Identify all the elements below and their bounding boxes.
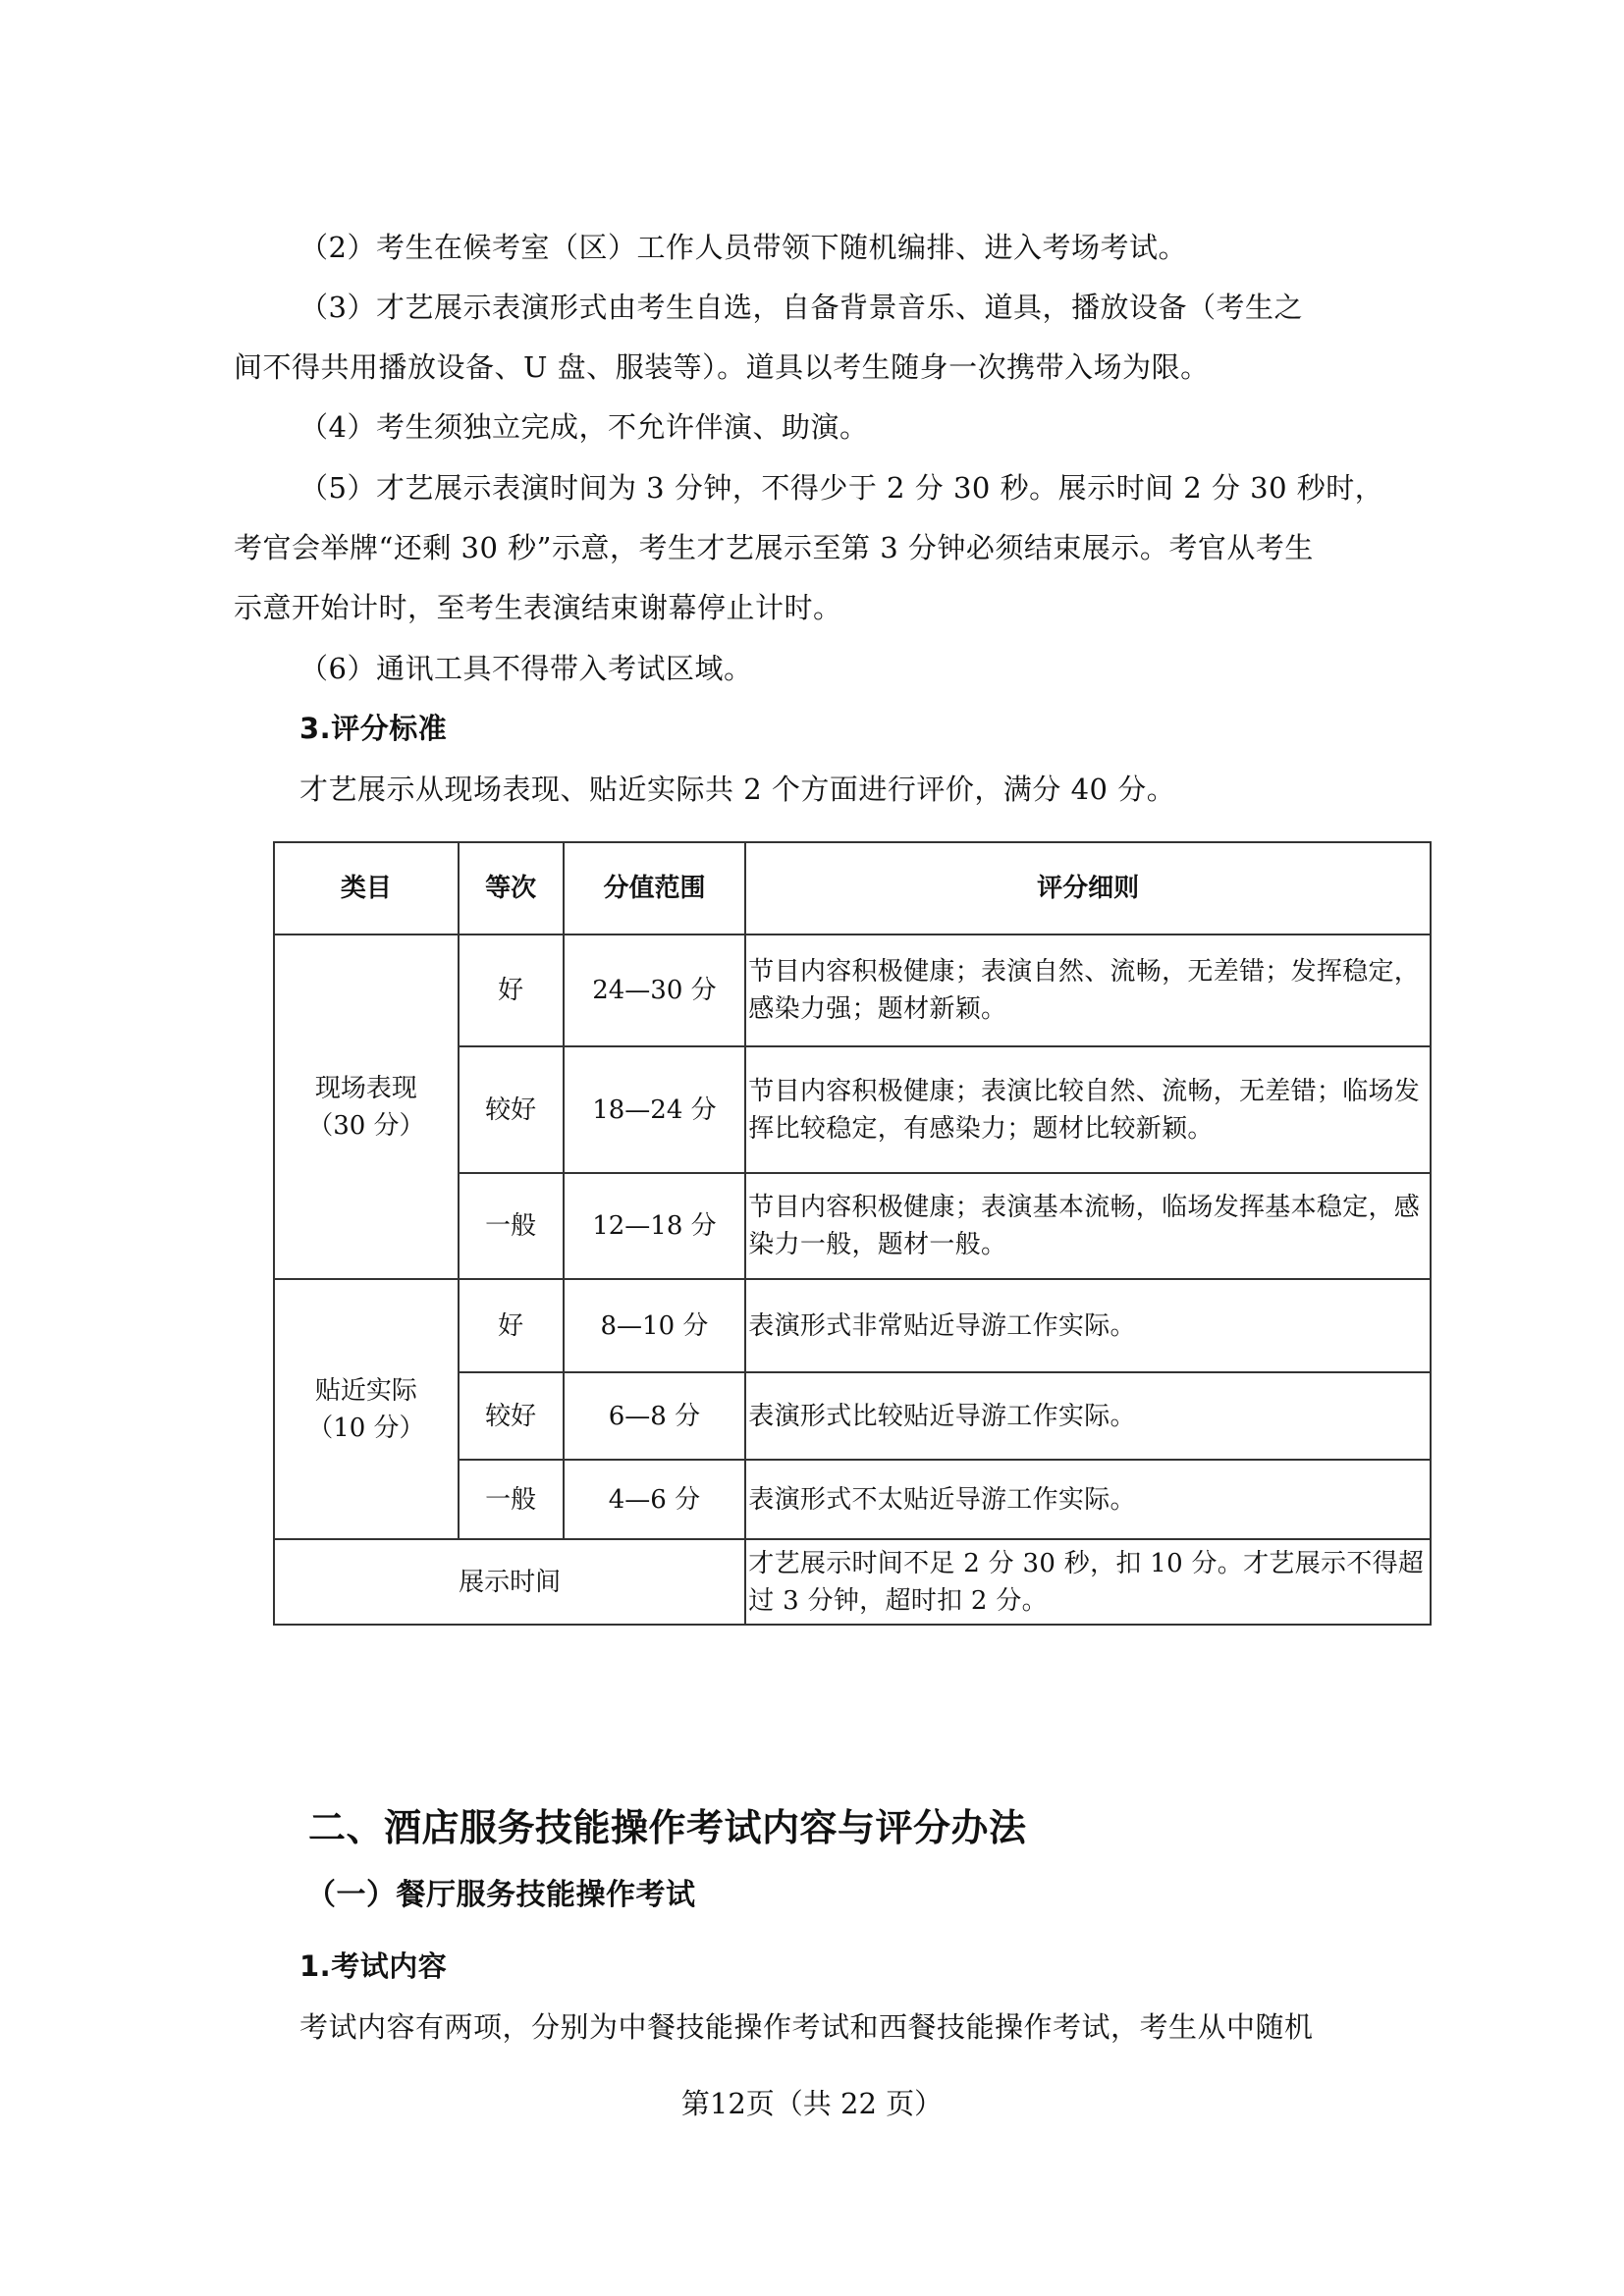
grade-cell: 较好 xyxy=(459,1372,564,1460)
time-criteria-cell: 才艺展示时间不足 2 分 30 秒，扣 10 分。才艺展示不得超过 3 分钟，超… xyxy=(745,1539,1431,1625)
range-cell: 12—18 分 xyxy=(564,1173,746,1279)
grade-cell: 一般 xyxy=(459,1173,564,1279)
header-category: 类目 xyxy=(274,842,459,934)
range-cell: 24—30 分 xyxy=(564,934,746,1046)
paragraph-item-2: （2）考生在候考室（区）工作人员带领下随机编排、进入考场考试。 xyxy=(299,228,1187,267)
range-cell: 4—6 分 xyxy=(564,1460,746,1539)
paragraph-item-4: （4）考生须独立完成，不允许伴演、助演。 xyxy=(299,407,868,447)
scoring-table: 类目 等次 分值范围 评分细则 现场表现 （30 分） 好 24—30 分 节目… xyxy=(273,841,1432,1626)
category-points: （30 分） xyxy=(279,1107,454,1145)
paragraph-item-5-line-1: （5）才艺展示表演时间为 3 分钟，不得少于 2 分 30 秒。展示时间 2 分… xyxy=(299,468,1383,507)
criteria-cell: 表演形式非常贴近导游工作实际。 xyxy=(745,1279,1431,1372)
range-cell: 18—24 分 xyxy=(564,1046,746,1173)
section-subheading: （一）餐厅服务技能操作考试 xyxy=(306,1875,696,1916)
header-range: 分值范围 xyxy=(564,842,746,934)
table-row-time: 展示时间 才艺展示时间不足 2 分 30 秒，扣 10 分。才艺展示不得超过 3… xyxy=(274,1539,1431,1625)
section-text-line-1: 考试内容有两项，分别为中餐技能操作考试和西餐技能操作考试，考生从中随机 xyxy=(299,2007,1314,2047)
header-criteria: 评分细则 xyxy=(745,842,1431,934)
category-label: 现场表现 xyxy=(279,1070,454,1107)
page-number: 第12页（共 22 页） xyxy=(0,2084,1624,2123)
category-cell-relevance: 贴近实际 （10 分） xyxy=(274,1279,459,1539)
criteria-cell: 节目内容积极健康；表演自然、流畅，无差错；发挥稳定，感染力强；题材新颖。 xyxy=(745,934,1431,1046)
criteria-cell: 节目内容积极健康；表演比较自然、流畅，无差错；临场发挥比较稳定，有感染力；题材比… xyxy=(745,1046,1431,1173)
section-heading: 二、酒店服务技能操作考试内容与评分办法 xyxy=(308,1803,1027,1852)
category-label: 贴近实际 xyxy=(279,1372,454,1410)
category-cell-performance: 现场表现 （30 分） xyxy=(274,934,459,1279)
range-cell: 8—10 分 xyxy=(564,1279,746,1372)
category-points: （10 分） xyxy=(279,1410,454,1447)
grade-cell: 好 xyxy=(459,1279,564,1372)
paragraph-item-6: （6）通讯工具不得带入考试区域。 xyxy=(299,649,752,688)
paragraph-item-3-line-1: （3）才艺展示表演形式由考生自选，自备背景音乐、道具，播放设备（考生之 xyxy=(299,288,1303,327)
scoring-heading: 3.评分标准 xyxy=(299,709,447,748)
time-label-cell: 展示时间 xyxy=(274,1539,745,1625)
paragraph-item-5-line-3: 示意开始计时，至考生表演结束谢幕停止计时。 xyxy=(234,588,842,627)
paragraph-item-3-line-2: 间不得共用播放设备、U 盘、服装等）。道具以考生随身一次携带入场为限。 xyxy=(234,347,1210,387)
table-row: 贴近实际 （10 分） 好 8—10 分 表演形式非常贴近导游工作实际。 xyxy=(274,1279,1431,1372)
table-row: 现场表现 （30 分） 好 24—30 分 节目内容积极健康；表演自然、流畅，无… xyxy=(274,934,1431,1046)
criteria-cell: 表演形式比较贴近导游工作实际。 xyxy=(745,1372,1431,1460)
grade-cell: 好 xyxy=(459,934,564,1046)
table-header-row: 类目 等次 分值范围 评分细则 xyxy=(274,842,1431,934)
criteria-cell: 表演形式不太贴近导游工作实际。 xyxy=(745,1460,1431,1539)
scoring-intro: 才艺展示从现场表现、贴近实际共 2 个方面进行评价，满分 40 分。 xyxy=(299,770,1175,809)
grade-cell: 较好 xyxy=(459,1046,564,1173)
range-cell: 6—8 分 xyxy=(564,1372,746,1460)
header-grade: 等次 xyxy=(459,842,564,934)
item-heading: 1.考试内容 xyxy=(299,1947,447,1986)
criteria-cell: 节目内容积极健康；表演基本流畅，临场发挥基本稳定，感染力一般，题材一般。 xyxy=(745,1173,1431,1279)
grade-cell: 一般 xyxy=(459,1460,564,1539)
paragraph-item-5-line-2: 考官会举牌“还剩 30 秒”示意，考生才艺展示至第 3 分钟必须结束展示。考官从… xyxy=(234,528,1314,567)
